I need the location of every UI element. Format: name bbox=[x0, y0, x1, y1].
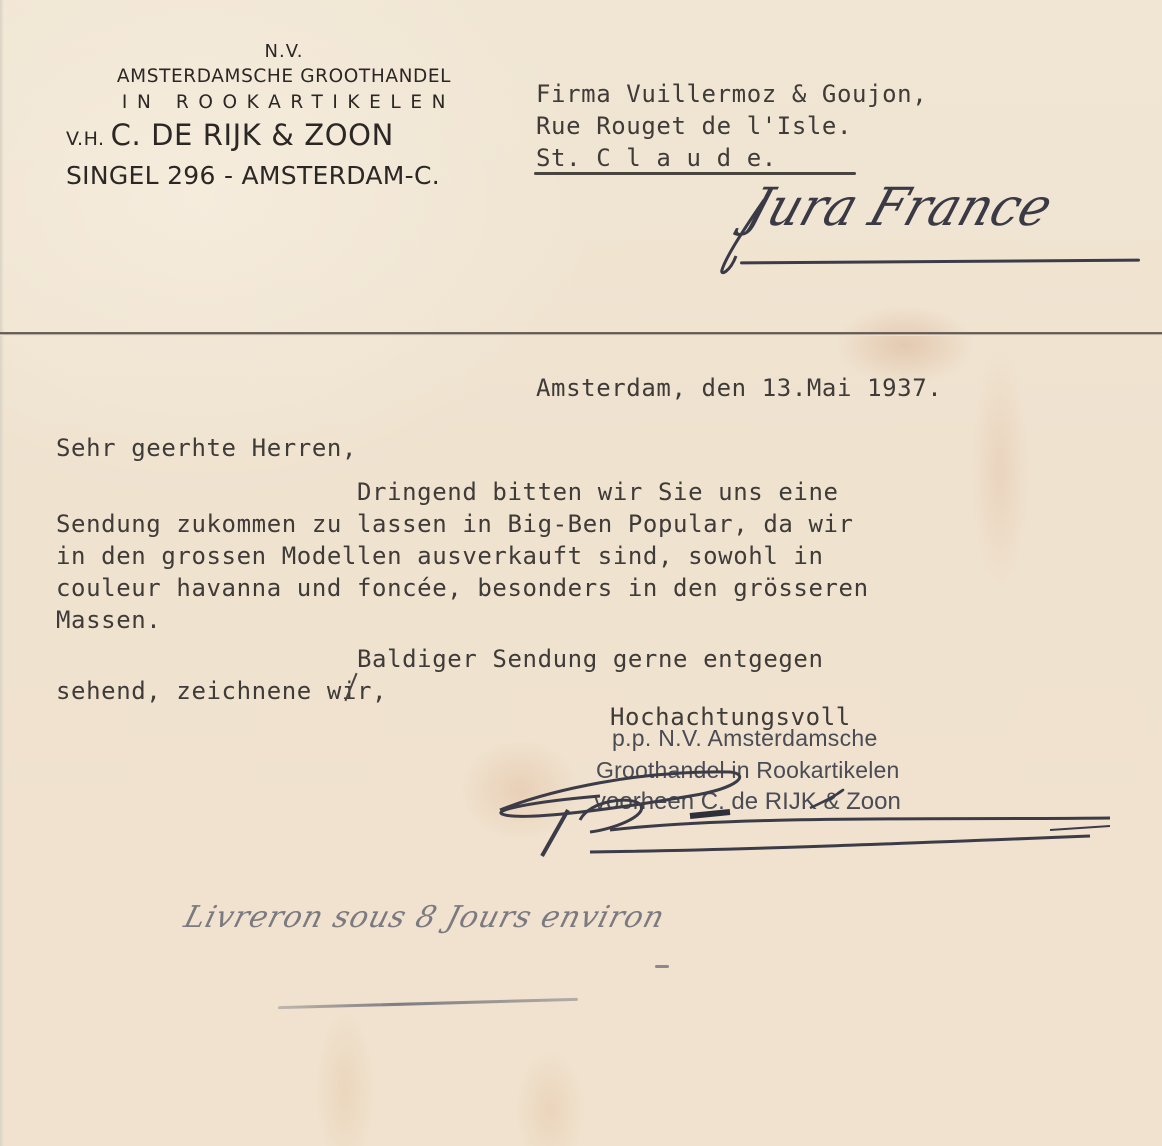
body-line-1: Dringend bitten wir Sie uns eine bbox=[56, 476, 869, 508]
annotation-underline bbox=[740, 259, 1140, 265]
recipient-line-2: Rue Rouget de l'Isle. bbox=[536, 110, 927, 142]
body-line-4: couleur havanna und foncée, besonders in… bbox=[56, 572, 869, 604]
letter-body: Dringend bitten wir Sie uns eineSendung … bbox=[56, 476, 869, 636]
recipient-underline bbox=[534, 172, 856, 175]
letterhead-address: SINGEL 296 - AMSTERDAM-C. bbox=[66, 158, 502, 194]
letterhead-prefix: V.H. bbox=[66, 128, 105, 150]
letterhead-line-1: AMSTERDAMSCHE GROOTHANDEL bbox=[66, 64, 502, 90]
body-line-2: Sendung zukommen zu lassen in Big-Ben Po… bbox=[56, 508, 869, 540]
recipient-line-3: St. C l a u d e. bbox=[536, 142, 927, 174]
letterhead-company-name: V.H.C. DE RIJK & ZOON bbox=[66, 116, 502, 158]
closing-paragraph: Baldiger Sendung gerne entgegensehend, z… bbox=[56, 643, 824, 707]
paper-fold-line bbox=[0, 332, 1162, 336]
handwritten-annotation-region: Jura France bbox=[740, 177, 1060, 238]
letterhead-company: C. DE RIJK & ZOON bbox=[111, 118, 394, 152]
pencil-underline bbox=[278, 998, 578, 1009]
body-line-3: in den grossen Modellen ausverkauft sind… bbox=[56, 540, 869, 572]
pencil-note: Livreron sous 8 Jours environ bbox=[180, 900, 669, 935]
paper-left-edge bbox=[0, 0, 4, 1146]
letterhead-line-2: IN ROOKARTIKELEN bbox=[66, 90, 511, 116]
pencil-mark bbox=[655, 965, 669, 968]
recipient-address: Firma Vuillermoz & Goujon,Rue Rouget de … bbox=[536, 78, 927, 174]
date-line: Amsterdam, den 13.Mai 1937. bbox=[536, 374, 942, 402]
letterhead: N.V. AMSTERDAMSCHE GROOTHANDEL IN ROOKAR… bbox=[66, 40, 502, 194]
stamp-line-1: p.p. N.V. Amsterdamsche bbox=[612, 722, 901, 754]
salutation: Sehr geerhte Herren, bbox=[56, 434, 357, 462]
letterhead-company-form: N.V. bbox=[66, 40, 502, 64]
closing-line-1: Baldiger Sendung gerne entgegen bbox=[56, 643, 824, 675]
body-line-5: Massen. bbox=[56, 604, 869, 636]
signature bbox=[490, 760, 1130, 870]
recipient-line-1: Firma Vuillermoz & Goujon, bbox=[536, 78, 927, 110]
